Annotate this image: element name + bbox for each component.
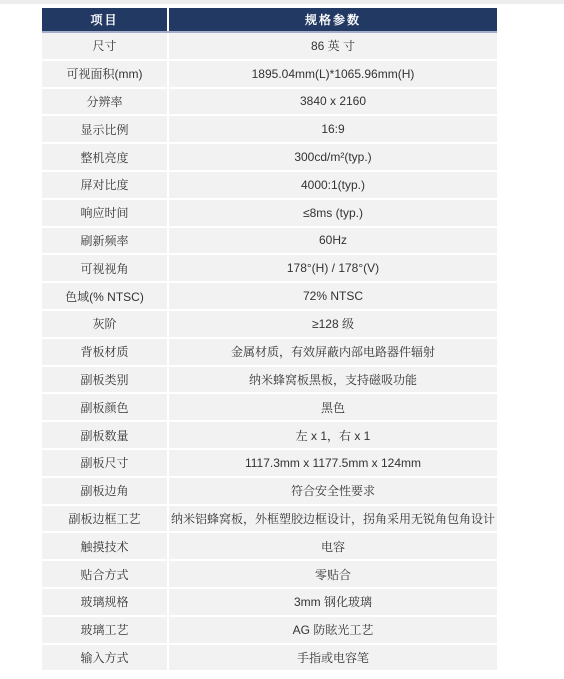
spec-value-cell: 纳米蜂窝板黑板，支持磁吸功能 [169, 367, 497, 393]
spec-value-cell: 纳米铝蜂窝板，外框塑胶边框设计，拐角采用无锐角包角设计 [169, 506, 497, 532]
table-row: 触摸技术电容 [42, 533, 497, 561]
spec-label-cell: 刷新频率 [42, 228, 169, 254]
table-row: 贴合方式零贴合 [42, 561, 497, 589]
table-row: 副板边框工艺纳米铝蜂窝板，外框塑胶边框设计，拐角采用无锐角包角设计 [42, 506, 497, 534]
table-row: 刷新频率60Hz [42, 228, 497, 256]
spec-label-cell: 整机亮度 [42, 144, 169, 170]
table-row: 显示比例16:9 [42, 116, 497, 144]
spec-label-cell: 副板颜色 [42, 394, 169, 420]
spec-value-cell: 电容 [169, 533, 497, 559]
table-row: 响应时间≤8ms (typ.) [42, 200, 497, 228]
table-row: 玻璃规格3mm 钢化玻璃 [42, 589, 497, 617]
spec-label-cell: 显示比例 [42, 116, 169, 142]
spec-label-cell: 副板边角 [42, 478, 169, 504]
spec-label-cell: 屏对比度 [42, 172, 169, 198]
spec-label-cell: 玻璃工艺 [42, 617, 169, 643]
spec-value-cell: 黑色 [169, 394, 497, 420]
spec-table-body: 尺寸86 英 寸可视面积(mm)1895.04mm(L)*1065.96mm(H… [42, 33, 497, 672]
table-row: 灰阶≥128 级 [42, 311, 497, 339]
table-row: 副板类别纳米蜂窝板黑板，支持磁吸功能 [42, 367, 497, 395]
spec-value-cell: 4000:1(typ.) [169, 172, 497, 198]
spec-value-cell: 72% NTSC [169, 283, 497, 309]
spec-label-cell: 尺寸 [42, 33, 169, 59]
spec-value-cell: ≥128 级 [169, 311, 497, 337]
table-row: 色域(% NTSC)72% NTSC [42, 283, 497, 311]
spec-label-cell: 副板尺寸 [42, 450, 169, 476]
spec-label-cell: 输入方式 [42, 645, 169, 671]
spec-value-cell: 1117.3mm x 1177.5mm x 124mm [169, 450, 497, 476]
table-row: 副板边角符合安全性要求 [42, 478, 497, 506]
spec-label-cell: 可视视角 [42, 255, 169, 281]
spec-value-cell: 86 英 寸 [169, 33, 497, 59]
spec-value-cell: 手指或电容笔 [169, 645, 497, 671]
table-row: 分辨率3840 x 2160 [42, 89, 497, 117]
spec-value-cell: 60Hz [169, 228, 497, 254]
table-row: 输入方式手指或电容笔 [42, 645, 497, 673]
spec-label-cell: 副板边框工艺 [42, 506, 169, 532]
table-row: 可视面积(mm)1895.04mm(L)*1065.96mm(H) [42, 61, 497, 89]
table-row: 副板尺寸1117.3mm x 1177.5mm x 124mm [42, 450, 497, 478]
table-row: 副板颜色黑色 [42, 394, 497, 422]
table-row: 副板数量左 x 1，右 x 1 [42, 422, 497, 450]
spec-label-cell: 玻璃规格 [42, 589, 169, 615]
page-top-divider [0, 0, 564, 4]
spec-label-cell: 可视面积(mm) [42, 61, 169, 87]
spec-label-cell: 色域(% NTSC) [42, 283, 169, 309]
table-row: 整机亮度300cd/m²(typ.) [42, 144, 497, 172]
header-item-column: 项目 [42, 8, 169, 31]
spec-label-cell: 背板材质 [42, 339, 169, 365]
spec-value-cell: 符合安全性要求 [169, 478, 497, 504]
spec-value-cell: 金属材质，有效屏蔽内部电路器件辐射 [169, 339, 497, 365]
spec-value-cell: ≤8ms (typ.) [169, 200, 497, 226]
spec-label-cell: 副板数量 [42, 422, 169, 448]
spec-label-cell: 分辨率 [42, 89, 169, 115]
table-row: 可视视角178°(H) / 178°(V) [42, 255, 497, 283]
spec-value-cell: AG 防眩光工艺 [169, 617, 497, 643]
header-spec-column: 规格参数 [169, 8, 497, 31]
spec-label-cell: 触摸技术 [42, 533, 169, 559]
spec-value-cell: 300cd/m²(typ.) [169, 144, 497, 170]
spec-table-header-row: 项目 规格参数 [42, 8, 497, 33]
table-row: 屏对比度4000:1(typ.) [42, 172, 497, 200]
spec-value-cell: 3mm 钢化玻璃 [169, 589, 497, 615]
spec-value-cell: 16:9 [169, 116, 497, 142]
spec-value-cell: 零贴合 [169, 561, 497, 587]
spec-value-cell: 178°(H) / 178°(V) [169, 255, 497, 281]
spec-label-cell: 贴合方式 [42, 561, 169, 587]
table-row: 玻璃工艺AG 防眩光工艺 [42, 617, 497, 645]
table-row: 背板材质金属材质，有效屏蔽内部电路器件辐射 [42, 339, 497, 367]
spec-table: 项目 规格参数 尺寸86 英 寸可视面积(mm)1895.04mm(L)*106… [42, 8, 497, 672]
spec-value-cell: 1895.04mm(L)*1065.96mm(H) [169, 61, 497, 87]
spec-label-cell: 灰阶 [42, 311, 169, 337]
spec-label-cell: 响应时间 [42, 200, 169, 226]
spec-label-cell: 副板类别 [42, 367, 169, 393]
spec-value-cell: 左 x 1，右 x 1 [169, 422, 497, 448]
spec-value-cell: 3840 x 2160 [169, 89, 497, 115]
table-row: 尺寸86 英 寸 [42, 33, 497, 61]
